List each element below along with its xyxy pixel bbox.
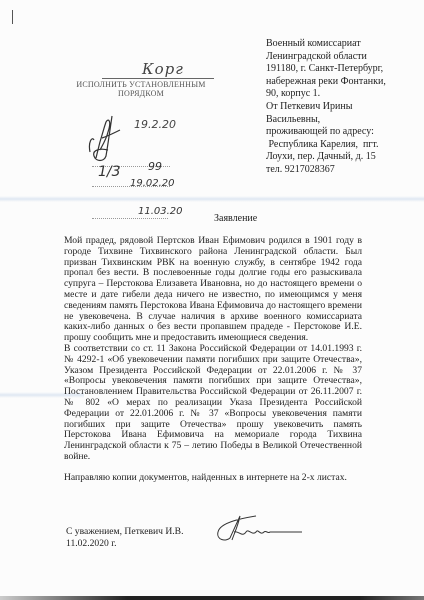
sender-line: Васильевны, [266,114,424,127]
author-signature-icon [214,512,304,546]
addressee-line: набережная реки Фонтанки, [266,76,424,89]
sender-phone: тел. 9217028367 [266,164,424,177]
scan-bottom-edge [0,596,424,600]
resolution-underline [102,78,214,79]
closing-block: С уважением, Петкевич И.В. 11.02.2020 г. [66,526,183,550]
addressee-line: Ленинградской области [266,51,424,64]
body-paragraph: Направляю копии документов, найденных в … [64,473,362,484]
scan-artifact-band [0,196,424,202]
sender-line: Республика Карелия, пгт. [266,139,424,152]
registration-suffix: 99 [148,160,162,173]
addressee-line: Военный комиссариат [266,38,424,51]
sender-line: проживающей по адресу: [266,126,424,139]
sender-line: Лоухи, пер. Дачный, д. 15 [266,151,424,164]
resolution-date: 19.2.20 [134,118,176,131]
resolution-handwritten-word: Корг [142,60,184,78]
document-title: Заявление [214,213,257,224]
scan-mark [12,10,13,24]
registration-date: 19.02.20 [130,178,175,189]
resolution-stamp-text: ИСПОЛНИТЬ УСТАНОВЛЕННЫМ ПОРЯДКОМ [66,80,216,98]
outgoing-date: 11.03.20 [138,206,183,217]
closing-date: 11.02.2020 г. [66,538,183,550]
addressee-block: Военный комиссариат Ленинградской област… [266,38,424,177]
body-paragraph: В соответствии со ст. 11 Закона Российск… [64,344,362,463]
registration-stamp-incoming: 1/3 99 19.02.20 [92,160,172,196]
registration-number: 1/3 [98,164,121,180]
document-body: Мой прадед, рядовой Пертсков Иван Ефимов… [64,236,362,484]
scanned-page: Корг ИСПОЛНИТЬ УСТАНОВЛЕННЫМ ПОРЯДКОМ 19… [0,0,424,600]
body-paragraph: Мой прадед, рядовой Пертсков Иван Ефимов… [64,236,362,344]
addressee-line: 90, корпус 1. [266,88,424,101]
registration-stamp-outgoing: 11.03.20 [92,202,172,222]
closing-regards: С уважением, Петкевич И.В. [66,526,183,538]
sender-line: От Петкевич Ирины [266,101,424,114]
addressee-line: 191180, г. Санкт-Петербург, [266,63,424,76]
resolution-signature-icon [86,110,136,165]
